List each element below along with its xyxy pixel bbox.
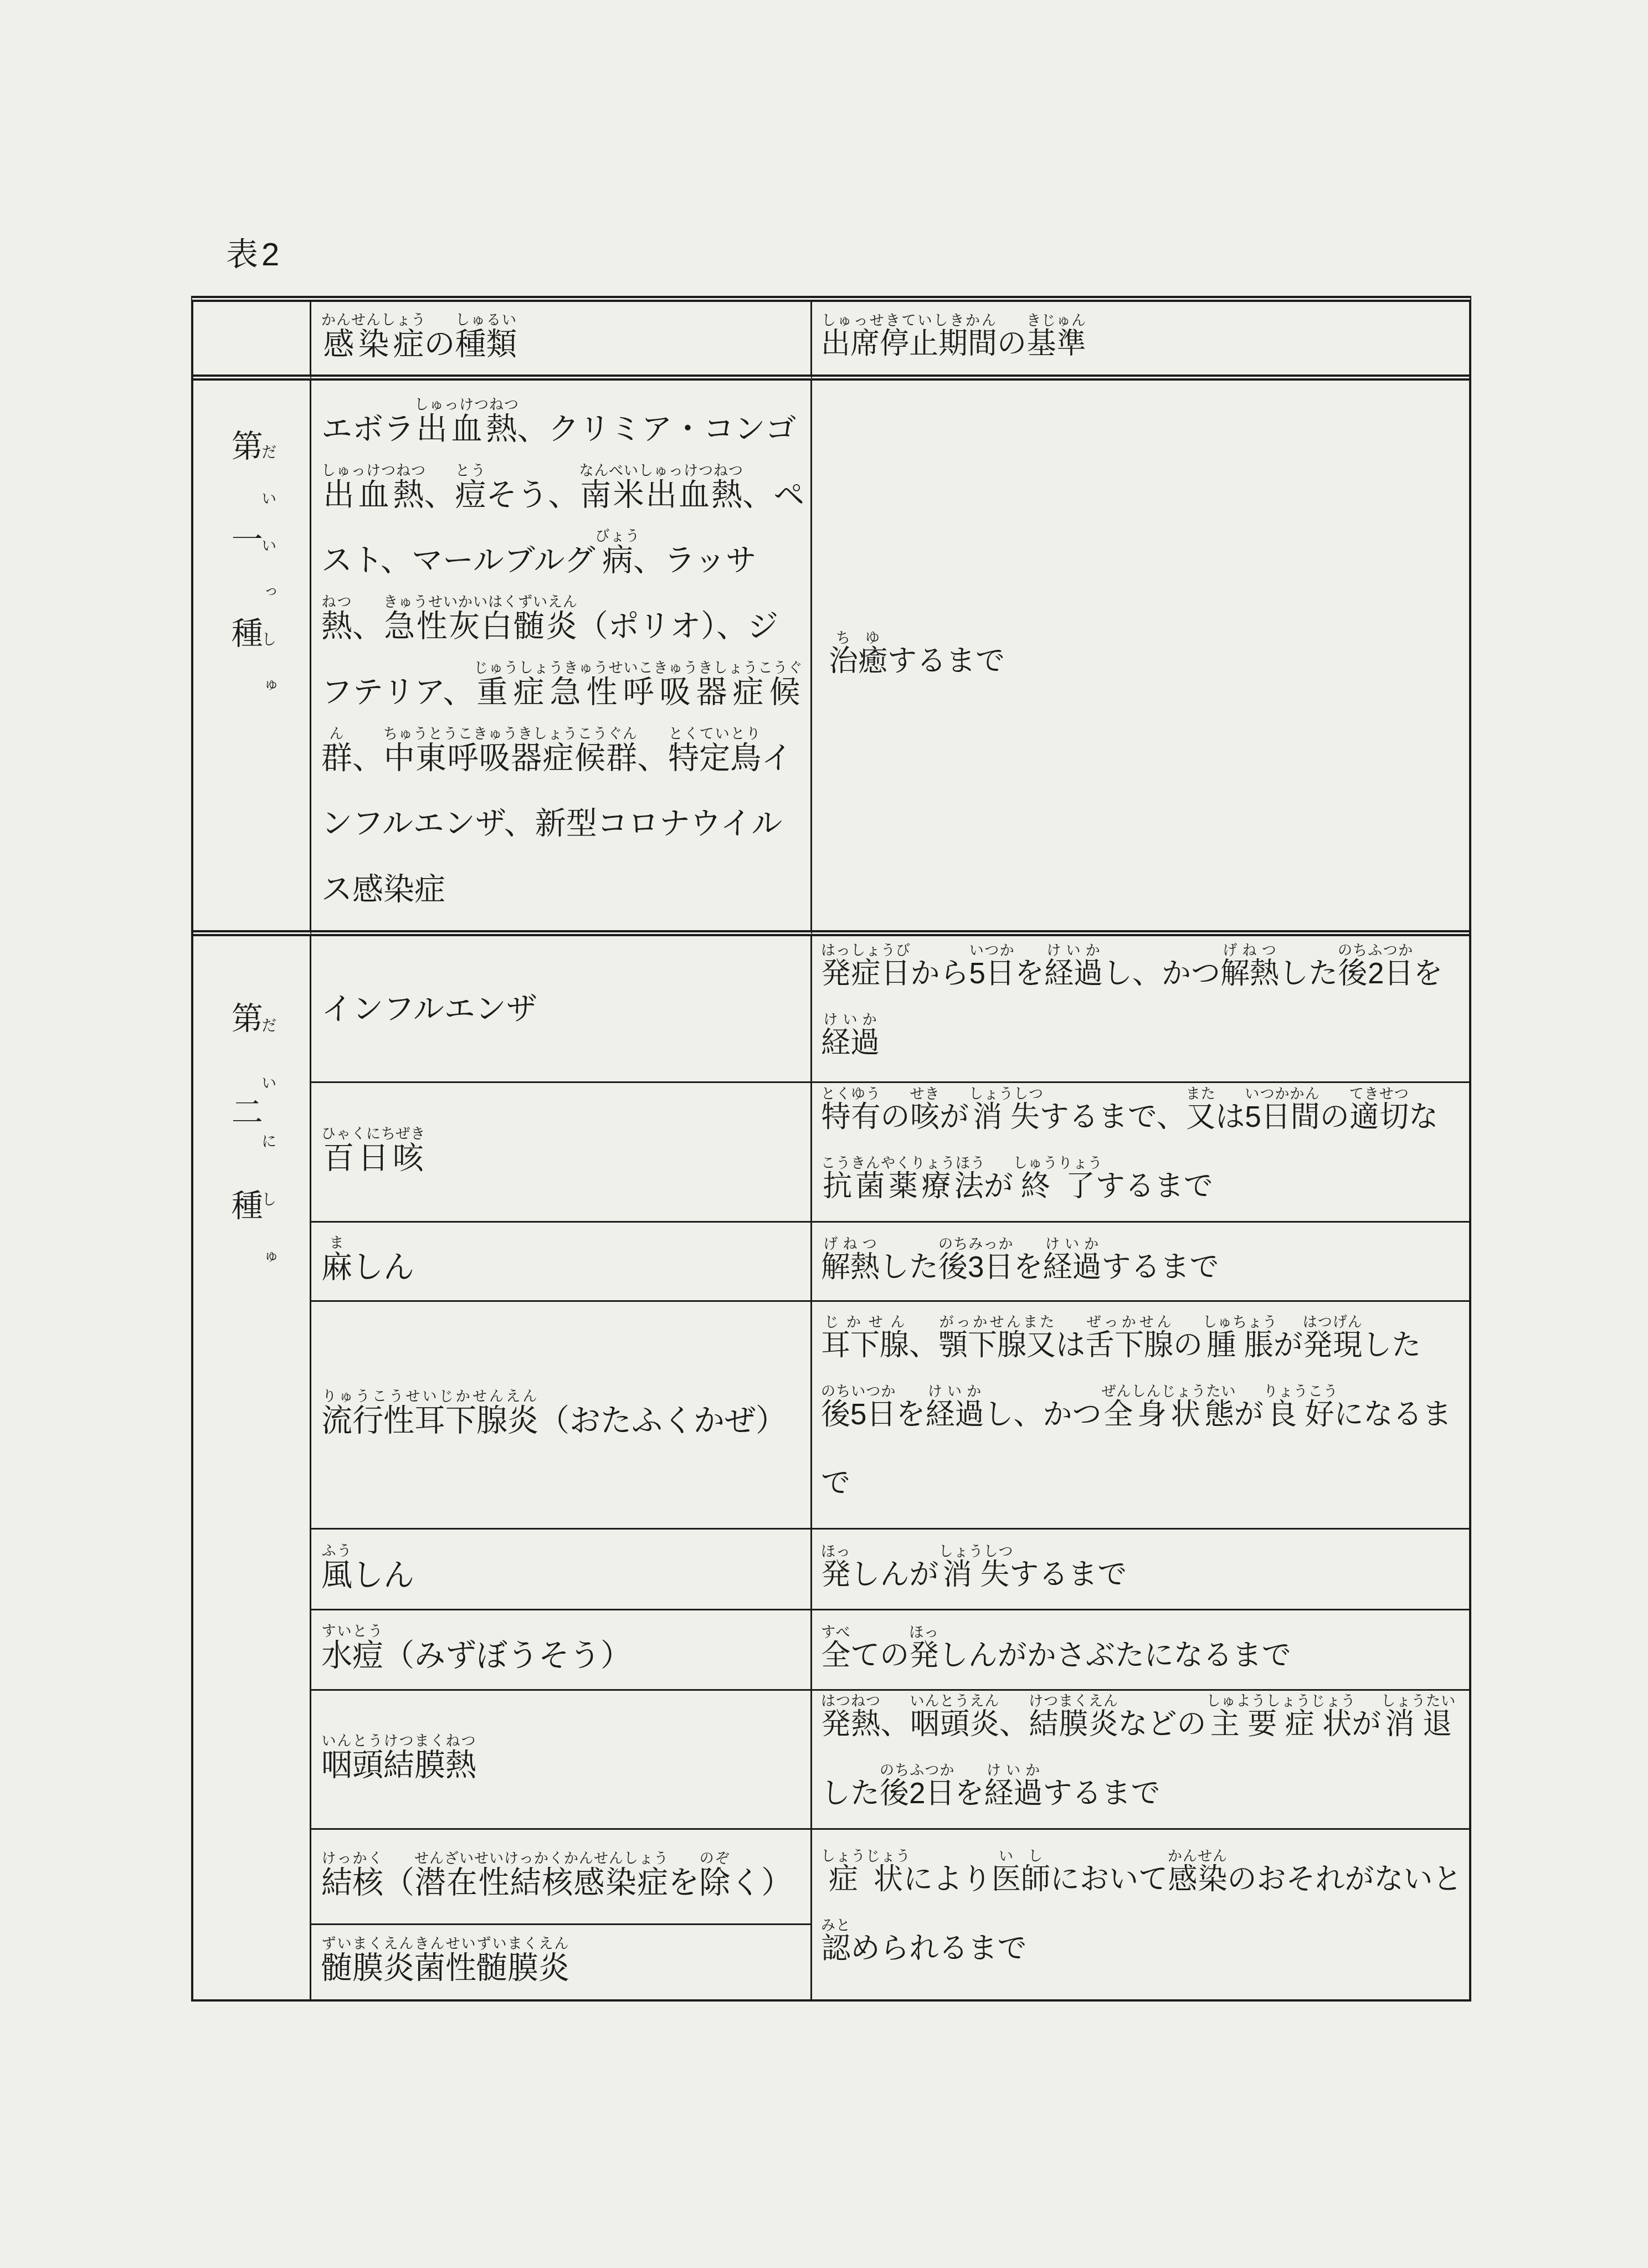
- disease-cell-rubella: 風ふうしん: [311, 1530, 812, 1610]
- criteria-influenza: 発症日はっしょうびから5日いつかを経過けいかし、かつ解熱げねつした後のち2日ふつ…: [821, 940, 1462, 1077]
- criteria-cell-influenza: 発症日はっしょうびから5日いつかを経過けいかし、かつ解熱げねつした後のち2日ふつ…: [812, 936, 1469, 1083]
- type1-criteria-text: 治癒ちゆするまで: [829, 630, 1462, 681]
- page-title: 表2: [226, 228, 283, 275]
- criteria-cell-pertussis: 特有とくゆうの咳せきが消失しょうしつするまで、又または5日間いつかかんの適切てき…: [812, 1083, 1469, 1223]
- criteria-mumps: 耳下腺じかせん、顎下腺又がっかせんまたは舌下腺ぜっかせんの腫脹しゅちょうが発現は…: [821, 1311, 1462, 1518]
- disease-mumps: 流行性耳下腺炎りゅうこうせいじかせんえん（おたふくかぜ）: [321, 1388, 805, 1441]
- category-cell-type1: 第一種だいいっしゅ: [193, 381, 311, 936]
- header-cell-suspension-criteria: 出席停止期間しゅっせきていしきかんの基準きじゅん: [812, 302, 1469, 381]
- criteria-cell-rubella: 発ほっしんが消失しょうしつするまで: [812, 1530, 1469, 1610]
- criteria-cell-pharyngoconjunctival-fever: 発熱はつねつ、咽頭炎いんとうえん、結膜炎けつまくえんなどの主要症状しゅようしょう…: [812, 1691, 1469, 1830]
- disease-cell-mumps: 流行性耳下腺炎りゅうこうせいじかせんえん（おたふくかぜ）: [311, 1302, 812, 1530]
- disease-meningococcal-meningitis: 髄膜炎菌性髄膜炎ずいまくえんきんせいずいまくえん: [321, 1936, 805, 1989]
- disease-cell-pharyngoconjunctival-fever: 咽頭結膜熱いんとうけつまくねつ: [311, 1691, 812, 1830]
- disease-cell-measles: 麻ましん: [311, 1223, 812, 1302]
- disease-pharyngoconjunctival-fever: 咽頭結膜熱いんとうけつまくねつ: [321, 1733, 805, 1786]
- disease-criteria-table: 感染症かんせんしょうの種類しゅるい 出席停止期間しゅっせきていしきかんの基準きじ…: [191, 296, 1471, 2002]
- disease-measles: 麻ましん: [321, 1235, 805, 1288]
- criteria-varicella: 全すべての発ほっしんがかさぶたになるまで: [821, 1624, 1462, 1676]
- criteria-pertussis: 特有とくゆうの咳せきが消失しょうしつするまで、又または5日間いつかかんの適切てき…: [821, 1083, 1462, 1221]
- disease-cell-tuberculosis: 結核けっかく（潜在性結核感染症せんざいせいけっかくかんせんしょうを除のぞく）: [311, 1830, 812, 1925]
- criteria-measles: 解熱げねつした後3日のちみっかを経過けいかするまで: [821, 1236, 1462, 1287]
- criteria-cell-tb-meningitis-merged: 症状しょうじょうにより医師いしにおいて感染かんせんのおそれがないと認みとめられる…: [812, 1830, 1469, 1999]
- disease-cell-pertussis: 百日咳ひゃくにちぜき: [311, 1083, 812, 1223]
- category-type1-label: 第一種だいいっしゅ: [227, 429, 276, 710]
- header-disease-type-label: 感染症かんせんしょうの種類しゅるい: [321, 312, 805, 365]
- disease-varicella: 水痘すいとう（みずぼうそう）: [321, 1623, 805, 1676]
- criteria-cell-varicella: 全すべての発ほっしんがかさぶたになるまで: [812, 1610, 1469, 1691]
- category-type2-label: 第二種だいにしゅ: [227, 1002, 276, 1282]
- disease-cell-meningococcal-meningitis: 髄膜炎菌性髄膜炎ずいまくえんきんせいずいまくえん: [311, 1925, 812, 1999]
- header-suspension-criteria-label: 出席停止期間しゅっせきていしきかんの基準きじゅん: [821, 312, 1462, 364]
- criteria-rubella: 発ほっしんが消失しょうしつするまで: [821, 1543, 1462, 1595]
- criteria-tb-meningitis: 症状しょうじょうにより医師いしにおいて感染かんせんのおそれがないと認みとめられる…: [821, 1845, 1462, 1983]
- disease-cell-varicella: 水痘すいとう（みずぼうそう）: [311, 1610, 812, 1691]
- disease-cell-influenza: インフルエンザ: [311, 936, 812, 1083]
- disease-rubella: 風ふうしん: [321, 1543, 805, 1596]
- criteria-cell-measles: 解熱げねつした後3日のちみっかを経過けいかするまで: [812, 1223, 1469, 1302]
- header-cell-disease-type: 感染症かんせんしょうの種類しゅるい: [311, 302, 812, 381]
- disease-pertussis: 百日咳ひゃくにちぜき: [321, 1126, 805, 1179]
- type1-diseases-cell: エボラ出血熱しゅっけつねつ、クリミア・コンゴ出血熱しゅっけつねつ、痘とうそう、南…: [311, 381, 812, 936]
- disease-influenza: インフルエンザ: [321, 988, 805, 1030]
- category-cell-type2: 第二種だいにしゅ: [193, 936, 311, 1999]
- disease-tuberculosis: 結核けっかく（潜在性結核感染症せんざいせいけっかくかんせんしょうを除のぞく）: [321, 1850, 805, 1903]
- criteria-cell-mumps: 耳下腺じかせん、顎下腺又がっかせんまたは舌下腺ぜっかせんの腫脹しゅちょうが発現は…: [812, 1302, 1469, 1530]
- type1-diseases-text: エボラ出血熱しゅっけつねつ、クリミア・コンゴ出血熱しゅっけつねつ、痘とうそう、南…: [321, 396, 805, 922]
- criteria-pharyngoconjunctival-fever: 発熱はつねつ、咽頭炎いんとうえん、結膜炎けつまくえんなどの主要症状しゅようしょう…: [821, 1691, 1462, 1829]
- type1-criteria-cell: 治癒ちゆするまで: [812, 381, 1469, 936]
- header-cell-category-empty: [193, 302, 311, 381]
